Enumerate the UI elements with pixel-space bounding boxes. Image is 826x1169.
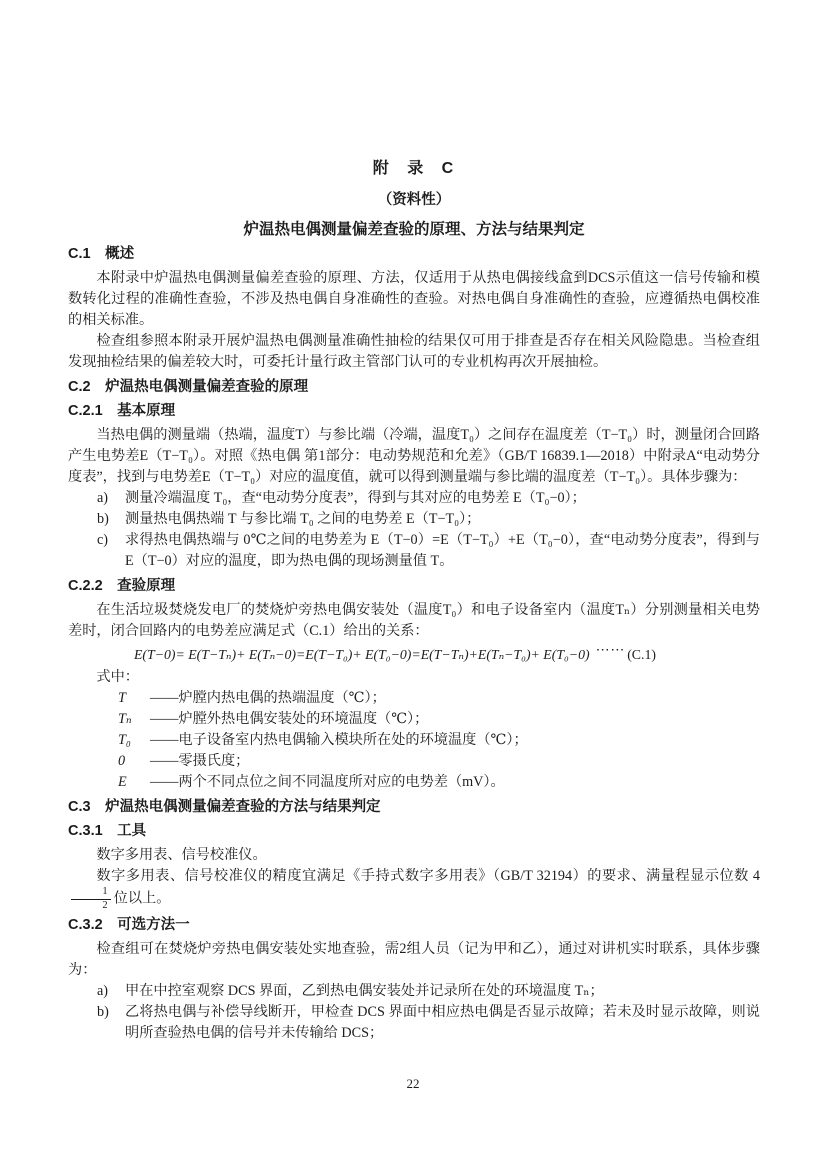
definition-symbol: T₀ [118, 730, 131, 751]
paragraph-text-after-fraction: 位以上。 [114, 890, 171, 906]
list-item-text: 求得热电偶热端与 0℃之间的电势差为 E（T−0）=E（T−T₀）+E（T₀−0… [125, 532, 760, 569]
list-item-text: 测量冷端温度 T₀，查“电动势分度表”，得到与其对应的电势差 E（T₀−0）； [125, 490, 586, 506]
list-item-c21-a: a) 测量冷端温度 T₀，查“电动势分度表”，得到与其对应的电势差 E（T₀−0… [68, 488, 760, 509]
definition-desc: ——电子设备室内热电偶输入模块所在处的环境温度（℃）； [150, 732, 528, 748]
paragraph-c31-1: 数字多用表、信号校准仪。 [68, 845, 760, 866]
list-item-label: c) [97, 530, 108, 551]
paragraph-c31-2: 数字多用表、信号校准仪的精度宜满足《手持式数字多用表》（GB/T 32194）的… [68, 866, 760, 911]
list-item-c32-a: a) 甲在中控室观察 DCS 界面，乙到热电偶安装处并记录所在处的环境温度 Tₙ… [68, 981, 760, 1002]
definition-desc: ——炉膛内热电偶的热端温度（℃）； [150, 690, 386, 706]
list-item-label: b) [97, 509, 109, 530]
section-heading-c21: C.2.1 基本原理 [68, 401, 760, 421]
paragraph-c1-2: 检查组参照本附录开展炉温热电偶测量准确性抽检的结果仅可用于排查是否存在相关风险隐… [68, 331, 760, 373]
definition-symbol: T [118, 688, 126, 709]
list-item-text: 测量热电偶热端 T 与参比端 T₀ 之间的电势差 E（T−T₀）； [125, 511, 480, 527]
document-title: 炉温热电偶测量偏差查验的原理、方法与结果判定 [68, 219, 760, 240]
paragraph-c1-1: 本附录中炉温热电偶测量偏差查验的原理、方法，仅适用于从热电偶接线盒到DCS示值这… [68, 268, 760, 331]
definition-row-Tn: Tₙ ——炉膛外热电偶安装处的环境温度（℃）； [68, 709, 760, 730]
list-item-c21-b: b) 测量热电偶热端 T 与参比端 T₀ 之间的电势差 E（T−T₀）； [68, 509, 760, 530]
section-heading-c32: C.3.2 可选方法一 [68, 915, 760, 935]
formula-number: (C.1) [627, 647, 656, 662]
list-item-c21-c: c) 求得热电偶热端与 0℃之间的电势差为 E（T−0）=E（T−T₀）+E（T… [68, 530, 760, 572]
list-item-label: a) [97, 488, 108, 509]
definition-row-T: T ——炉膛内热电偶的热端温度（℃）； [68, 688, 760, 709]
where-label: 式中： [68, 667, 760, 688]
section-heading-c22: C.2.2 查验原理 [68, 576, 760, 596]
list-item-text: 乙将热电偶与补偿导线断开，甲检查 DCS 界面中相应热电偶是否显示故障；若未及时… [125, 1004, 760, 1041]
page-number: 22 [0, 1076, 826, 1092]
definition-symbol: E [118, 772, 127, 793]
definition-symbol: Tₙ [118, 709, 132, 730]
appendix-label: 附 录 C [68, 158, 760, 180]
fraction-four-and-half: 12 [71, 887, 111, 911]
section-heading-c1: C.1 概述 [68, 244, 760, 264]
formula-expression: E(T−0)= E(T−Tₙ)+ E(Tₙ−0)=E(T−T₀)+ E(T₀−0… [134, 647, 590, 662]
document-page: 附 录 C （资料性） 炉温热电偶测量偏差查验的原理、方法与结果判定 C.1 概… [0, 0, 826, 1169]
definition-desc: ——两个不同点位之间不同温度所对应的电势差（mV）。 [150, 774, 505, 790]
definition-row-zero: 0 ——零摄氏度； [68, 751, 760, 772]
definition-symbol: 0 [118, 751, 125, 772]
fraction-numerator: 1 [71, 887, 111, 900]
definition-row-E: E ——两个不同点位之间不同温度所对应的电势差（mV）。 [68, 772, 760, 793]
paragraph-c32: 检查组可在焚烧炉旁热电偶安装处实地查验，需2组人员（记为甲和乙），通过对讲机实时… [68, 939, 760, 981]
list-item-label: b) [97, 1002, 109, 1023]
formula-c1-row: E(T−0)= E(T−Tₙ)+ E(Tₙ−0)=E(T−T₀)+ E(T₀−0… [68, 644, 760, 666]
paragraph-c22: 在生活垃圾焚烧发电厂的焚烧炉旁热电偶安装处（温度T₀）和电子设备室内（温度Tₙ）… [68, 600, 760, 642]
list-item-c32-b: b) 乙将热电偶与补偿导线断开，甲检查 DCS 界面中相应热电偶是否显示故障；若… [68, 1002, 760, 1044]
document-content: 附 录 C （资料性） 炉温热电偶测量偏差查验的原理、方法与结果判定 C.1 概… [68, 158, 760, 1044]
list-item-text: 甲在中控室观察 DCS 界面，乙到热电偶安装处并记录所在处的环境温度 Tₙ； [125, 983, 604, 999]
list-item-label: a) [97, 981, 108, 1002]
definition-desc: ——零摄氏度； [150, 753, 249, 769]
definition-desc: ——炉膛外热电偶安装处的环境温度（℃）； [150, 711, 428, 727]
paragraph-text-before-fraction: 数字多用表、信号校准仪的精度宜满足《手持式数字多用表》（GB/T 32194）的… [96, 868, 760, 884]
definition-row-T0: T₀ ——电子设备室内热电偶输入模块所在处的环境温度（℃）； [68, 730, 760, 751]
fraction-denominator: 2 [71, 900, 111, 912]
section-heading-c3: C.3 炉温热电偶测量偏差查验的方法与结果判定 [68, 797, 760, 817]
section-heading-c2: C.2 炉温热电偶测量偏差查验的原理 [68, 377, 760, 397]
appendix-note: （资料性） [68, 190, 760, 210]
section-heading-c31: C.3.1 工具 [68, 821, 760, 841]
formula-leader-dots: ⋯⋯ [596, 639, 626, 661]
paragraph-c21: 当热电偶的测量端（热端，温度T）与参比端（冷端，温度T₀）之间存在温度差（T−T… [68, 425, 760, 488]
